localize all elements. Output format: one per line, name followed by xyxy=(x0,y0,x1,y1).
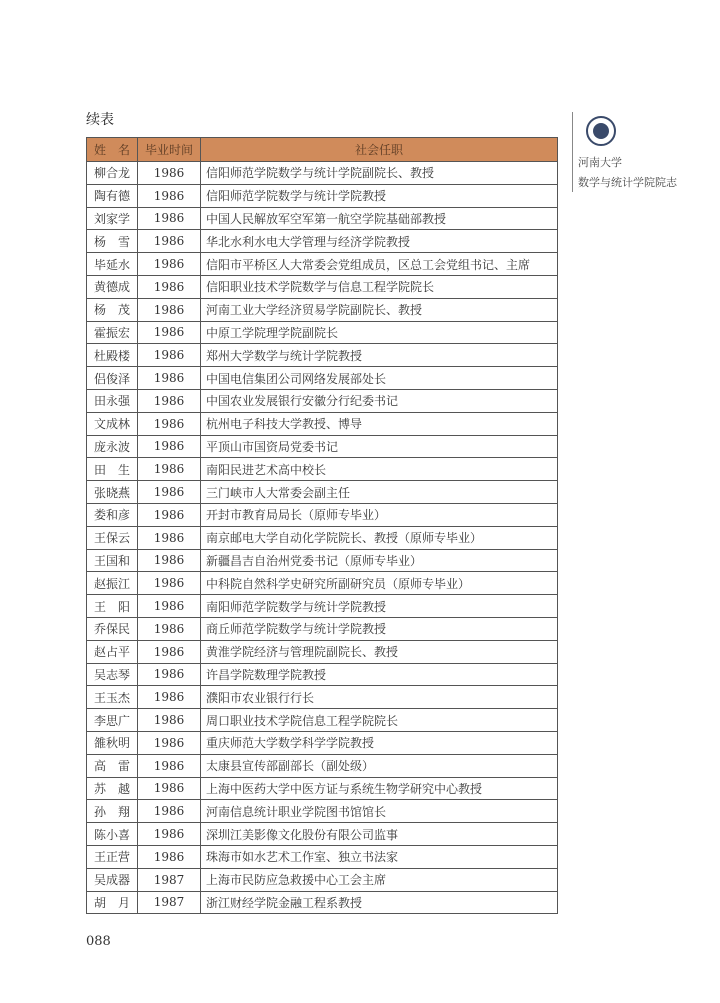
cell-year: 1986 xyxy=(138,162,201,185)
cell-year: 1986 xyxy=(138,800,201,823)
table-row: 霍振宏1986中原工学院理学院副院长 xyxy=(87,321,558,344)
table-row: 孙 翔1986河南信息统计职业学院图书馆馆长 xyxy=(87,800,558,823)
cell-name: 杨 茂 xyxy=(87,298,138,321)
table-row: 吴成器1987上海市民防应急救援中心工会主席 xyxy=(87,868,558,891)
cell-year: 1987 xyxy=(138,891,201,914)
cell-position: 上海市民防应急救援中心工会主席 xyxy=(201,868,558,891)
table-row: 杨 茂1986河南工业大学经济贸易学院副院长、教授 xyxy=(87,298,558,321)
cell-name: 李思广 xyxy=(87,709,138,732)
cell-position: 重庆师范大学数学科学学院教授 xyxy=(201,731,558,754)
cell-position: 华北水利水电大学管理与经济学院教授 xyxy=(201,230,558,253)
cell-position: 商丘师范学院数学与统计学院教授 xyxy=(201,617,558,640)
table-row: 陶有德1986信阳师范学院数学与统计学院教授 xyxy=(87,184,558,207)
cell-name: 赵占平 xyxy=(87,640,138,663)
cell-year: 1986 xyxy=(138,640,201,663)
table-row: 王玉杰1986濮阳市农业银行行长 xyxy=(87,686,558,709)
table-row: 杜殿楼1986郑州大学数学与统计学院教授 xyxy=(87,344,558,367)
cell-name: 文成林 xyxy=(87,412,138,435)
cell-year: 1986 xyxy=(138,481,201,504)
cell-name: 孙 翔 xyxy=(87,800,138,823)
table-row: 高 雷1986太康县宣传部副部长（副处级） xyxy=(87,754,558,777)
cell-year: 1986 xyxy=(138,663,201,686)
cell-year: 1986 xyxy=(138,731,201,754)
cell-year: 1986 xyxy=(138,686,201,709)
cell-position: 信阳师范学院数学与统计学院副院长、教授 xyxy=(201,162,558,185)
cell-name: 苏 越 xyxy=(87,777,138,800)
table-row: 田 生1986南阳民进艺术高中校长 xyxy=(87,458,558,481)
cell-name: 侣俊泽 xyxy=(87,367,138,390)
table-row: 张晓燕1986三门峡市人大常委会副主任 xyxy=(87,481,558,504)
cell-year: 1987 xyxy=(138,868,201,891)
cell-name: 柳合龙 xyxy=(87,162,138,185)
cell-name: 高 雷 xyxy=(87,754,138,777)
cell-name: 乔保民 xyxy=(87,617,138,640)
cell-name: 赵振江 xyxy=(87,572,138,595)
cell-position: 开封市教育局局长（原师专毕业） xyxy=(201,503,558,526)
cell-year: 1986 xyxy=(138,253,201,276)
cell-year: 1986 xyxy=(138,207,201,230)
cell-position: 中国人民解放军空军第一航空学院基础部教授 xyxy=(201,207,558,230)
cell-position: 平顶山市国资局党委书记 xyxy=(201,435,558,458)
table-row: 赵占平1986黄淮学院经济与管理院副院长、教授 xyxy=(87,640,558,663)
cell-position: 许昌学院数理学院教授 xyxy=(201,663,558,686)
cell-position: 太康县宣传部副部长（副处级） xyxy=(201,754,558,777)
alumni-table: 姓 名 毕业时间 社会任职 柳合龙1986信阳师范学院数学与统计学院副院长、教授… xyxy=(86,137,558,914)
table-row: 文成林1986杭州电子科技大学教授、博导 xyxy=(87,412,558,435)
cell-position: 三门峡市人大常委会副主任 xyxy=(201,481,558,504)
table-row: 娄和彦1986开封市教育局局长（原师专毕业） xyxy=(87,503,558,526)
cell-position: 中科院自然科学史研究所副研究员（原师专毕业） xyxy=(201,572,558,595)
cell-position: 信阳市平桥区人大常委会党组成员，区总工会党组书记、主席 xyxy=(201,253,558,276)
table-row: 庞永波1986平顶山市国资局党委书记 xyxy=(87,435,558,458)
university-seal-icon xyxy=(586,116,616,146)
cell-position: 信阳师范学院数学与统计学院教授 xyxy=(201,184,558,207)
header-name: 姓 名 xyxy=(87,138,138,162)
cell-name: 王正营 xyxy=(87,845,138,868)
cell-name: 黄德成 xyxy=(87,275,138,298)
cell-position: 深圳江美影像文化股份有限公司监事 xyxy=(201,823,558,846)
cell-position: 新疆昌吉自治州党委书记（原师专毕业） xyxy=(201,549,558,572)
cell-name: 霍振宏 xyxy=(87,321,138,344)
table-row: 杨 雪1986华北水利水电大学管理与经济学院教授 xyxy=(87,230,558,253)
cell-position: 濮阳市农业银行行长 xyxy=(201,686,558,709)
cell-year: 1986 xyxy=(138,754,201,777)
cell-year: 1986 xyxy=(138,503,201,526)
cell-name: 杜殿楼 xyxy=(87,344,138,367)
cell-name: 王国和 xyxy=(87,549,138,572)
table-row: 陈小喜1986深圳江美影像文化股份有限公司监事 xyxy=(87,823,558,846)
cell-name: 王玉杰 xyxy=(87,686,138,709)
cell-year: 1986 xyxy=(138,572,201,595)
cell-position: 上海中医药大学中医方证与系统生物学研究中心教授 xyxy=(201,777,558,800)
cell-year: 1986 xyxy=(138,777,201,800)
cell-year: 1986 xyxy=(138,230,201,253)
cell-position: 浙江财经学院金融工程系教授 xyxy=(201,891,558,914)
cell-name: 胡 月 xyxy=(87,891,138,914)
header-position: 社会任职 xyxy=(201,138,558,162)
continuation-title: 续表 xyxy=(86,109,114,129)
cell-year: 1986 xyxy=(138,617,201,640)
cell-name: 田永强 xyxy=(87,389,138,412)
cell-year: 1986 xyxy=(138,526,201,549)
cell-year: 1986 xyxy=(138,595,201,618)
cell-year: 1986 xyxy=(138,344,201,367)
cell-position: 南京邮电大学自动化学院院长、教授（原师专毕业） xyxy=(201,526,558,549)
table-row: 毕延水1986信阳市平桥区人大常委会党组成员，区总工会党组书记、主席 xyxy=(87,253,558,276)
table-row: 胡 月1987浙江财经学院金融工程系教授 xyxy=(87,891,558,914)
header-year: 毕业时间 xyxy=(138,138,201,162)
table-row: 乔保民1986商丘师范学院数学与统计学院教授 xyxy=(87,617,558,640)
table-row: 王国和1986新疆昌吉自治州党委书记（原师专毕业） xyxy=(87,549,558,572)
table-row: 侣俊泽1986中国电信集团公司网络发展部处长 xyxy=(87,367,558,390)
cell-name: 庞永波 xyxy=(87,435,138,458)
table-row: 雒秋明1986重庆师范大学数学科学学院教授 xyxy=(87,731,558,754)
cell-position: 南阳师范学院数学与统计学院教授 xyxy=(201,595,558,618)
cell-name: 雒秋明 xyxy=(87,731,138,754)
cell-year: 1986 xyxy=(138,845,201,868)
cell-position: 信阳职业技术学院数学与信息工程学院院长 xyxy=(201,275,558,298)
cell-name: 王保云 xyxy=(87,526,138,549)
divider xyxy=(572,112,573,192)
table-row: 赵振江1986中科院自然科学史研究所副研究员（原师专毕业） xyxy=(87,572,558,595)
cell-position: 郑州大学数学与统计学院教授 xyxy=(201,344,558,367)
page-number: 088 xyxy=(86,934,111,949)
sidebar-book-title: 数学与统计学院院志 xyxy=(578,174,677,190)
cell-name: 吴志琴 xyxy=(87,663,138,686)
cell-name: 娄和彦 xyxy=(87,503,138,526)
cell-year: 1986 xyxy=(138,298,201,321)
table-row: 田永强1986中国农业发展银行安徽分行纪委书记 xyxy=(87,389,558,412)
cell-year: 1986 xyxy=(138,412,201,435)
cell-year: 1986 xyxy=(138,184,201,207)
cell-position: 河南信息统计职业学院图书馆馆长 xyxy=(201,800,558,823)
cell-name: 田 生 xyxy=(87,458,138,481)
table-row: 王 阳1986南阳师范学院数学与统计学院教授 xyxy=(87,595,558,618)
cell-position: 周口职业技术学院信息工程学院院长 xyxy=(201,709,558,732)
cell-position: 黄淮学院经济与管理院副院长、教授 xyxy=(201,640,558,663)
table-row: 王保云1986南京邮电大学自动化学院院长、教授（原师专毕业） xyxy=(87,526,558,549)
cell-position: 珠海市如水艺术工作室、独立书法家 xyxy=(201,845,558,868)
cell-name: 毕延水 xyxy=(87,253,138,276)
table-row: 吴志琴1986许昌学院数理学院教授 xyxy=(87,663,558,686)
table-row: 黄德成1986信阳职业技术学院数学与信息工程学院院长 xyxy=(87,275,558,298)
cell-position: 杭州电子科技大学教授、博导 xyxy=(201,412,558,435)
cell-position: 中原工学院理学院副院长 xyxy=(201,321,558,344)
cell-year: 1986 xyxy=(138,321,201,344)
cell-name: 陶有德 xyxy=(87,184,138,207)
cell-name: 杨 雪 xyxy=(87,230,138,253)
cell-year: 1986 xyxy=(138,823,201,846)
table-row: 刘家学1986中国人民解放军空军第一航空学院基础部教授 xyxy=(87,207,558,230)
cell-year: 1986 xyxy=(138,549,201,572)
cell-name: 陈小喜 xyxy=(87,823,138,846)
cell-year: 1986 xyxy=(138,367,201,390)
table-row: 王正营1986珠海市如水艺术工作室、独立书法家 xyxy=(87,845,558,868)
cell-name: 刘家学 xyxy=(87,207,138,230)
cell-name: 吴成器 xyxy=(87,868,138,891)
cell-position: 南阳民进艺术高中校长 xyxy=(201,458,558,481)
cell-position: 中国电信集团公司网络发展部处长 xyxy=(201,367,558,390)
sidebar-university-name: 河南大学 xyxy=(578,154,622,170)
cell-position: 河南工业大学经济贸易学院副院长、教授 xyxy=(201,298,558,321)
cell-year: 1986 xyxy=(138,435,201,458)
table-row: 李思广1986周口职业技术学院信息工程学院院长 xyxy=(87,709,558,732)
table-row: 苏 越1986上海中医药大学中医方证与系统生物学研究中心教授 xyxy=(87,777,558,800)
table-header-row: 姓 名 毕业时间 社会任职 xyxy=(87,138,558,162)
cell-position: 中国农业发展银行安徽分行纪委书记 xyxy=(201,389,558,412)
cell-name: 张晓燕 xyxy=(87,481,138,504)
table-row: 柳合龙1986信阳师范学院数学与统计学院副院长、教授 xyxy=(87,162,558,185)
cell-name: 王 阳 xyxy=(87,595,138,618)
cell-year: 1986 xyxy=(138,458,201,481)
cell-year: 1986 xyxy=(138,389,201,412)
cell-year: 1986 xyxy=(138,275,201,298)
cell-year: 1986 xyxy=(138,709,201,732)
